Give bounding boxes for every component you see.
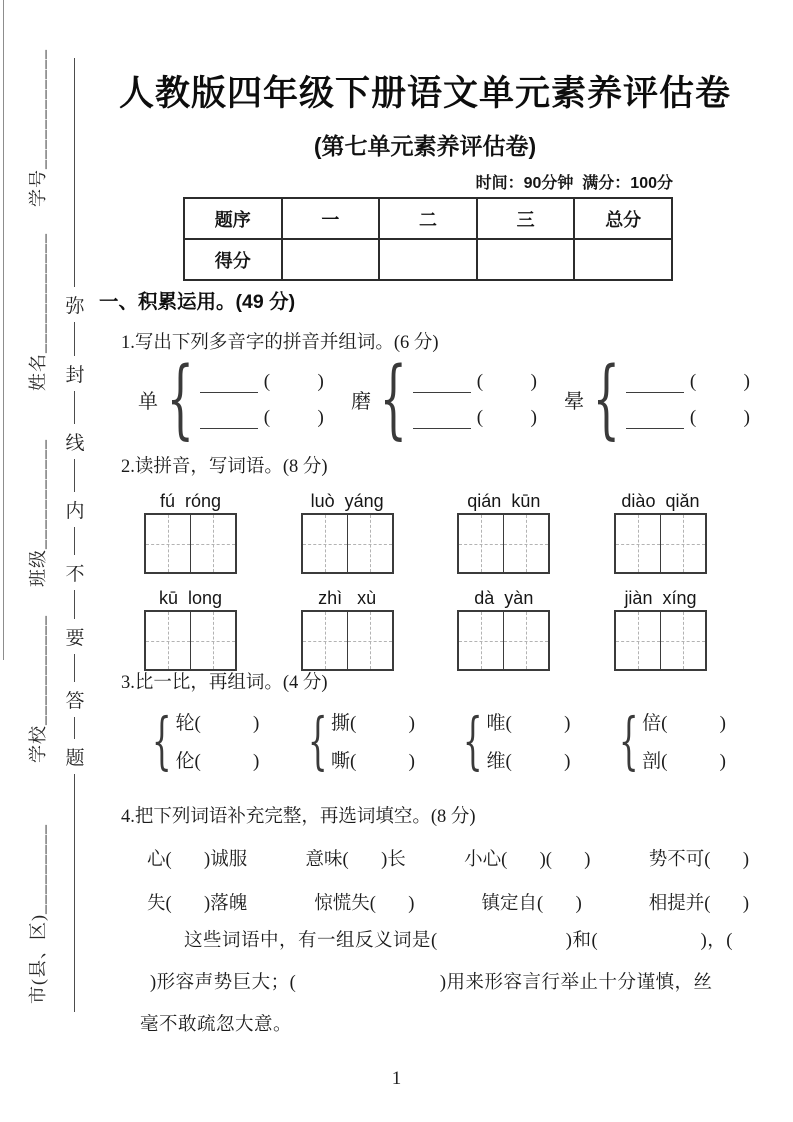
brace-glyph: { bbox=[463, 710, 483, 772]
idiom-blank: 小心( )( ) bbox=[464, 845, 590, 871]
idiom-blank: 相提并( ) bbox=[649, 889, 749, 915]
pinyin-blank-line bbox=[413, 406, 471, 429]
writing-cell bbox=[146, 515, 190, 572]
word-blank-parens: ( ) bbox=[477, 371, 537, 393]
writing-cell bbox=[459, 612, 503, 669]
q2-text: 2.读拼音，写词语。(8 分) bbox=[121, 452, 328, 478]
pinyin-label: dà yàn bbox=[474, 587, 533, 609]
idiom-blank: 心( )诚服 bbox=[147, 845, 247, 871]
compare-word: 伦( ) bbox=[175, 746, 259, 773]
answer-line: ( ) bbox=[626, 406, 750, 429]
pinyin-blank-line bbox=[413, 370, 471, 393]
writing-cell bbox=[660, 515, 705, 572]
pinyin-label: qián kūn bbox=[467, 490, 540, 512]
pinyin-blank-line bbox=[626, 406, 684, 429]
word-blank-parens: ( ) bbox=[477, 407, 537, 429]
brace-glyph: { bbox=[619, 710, 639, 772]
writing-grid bbox=[457, 610, 550, 671]
q1-polyphone-row: 单 { ( ) ( ) 磨 { ( ) ( ) 晕 { ( bbox=[138, 356, 750, 442]
writing-cell bbox=[347, 515, 392, 572]
seal-char: 内 bbox=[62, 492, 88, 527]
seal-label-name: 姓名____________ bbox=[25, 241, 51, 391]
q3-compare-row: { 轮( ) 伦( ) { 撕( ) 嘶( ) { 唯( ) 维( bbox=[146, 708, 726, 773]
score-table-header-row: 题序 一 二 三 总分 bbox=[184, 198, 672, 239]
writing-cell bbox=[616, 612, 660, 669]
idiom-blank: 势不可( ) bbox=[649, 845, 749, 871]
polyphone-answers: ( ) ( ) bbox=[626, 370, 750, 429]
exam-page: 学号____________ 姓名____________ 班级________… bbox=[0, 0, 793, 1122]
polyphone-item: 单 { ( ) ( ) bbox=[138, 356, 324, 442]
answer-line: ( ) bbox=[413, 370, 537, 393]
word-blank-parens: ( ) bbox=[690, 407, 750, 429]
writing-cell bbox=[303, 612, 347, 669]
pinyin-blank-line bbox=[200, 370, 258, 393]
compare-word: 嘶( ) bbox=[331, 746, 415, 773]
q4-fill-paragraph-line3: 毫不敢疏忽大意。 bbox=[140, 1010, 292, 1036]
q4-fill-paragraph-line1: 这些词语中，有一组反义词是( )和( )，( bbox=[184, 926, 733, 952]
writing-grid bbox=[457, 513, 550, 574]
brace-glyph: { bbox=[167, 356, 194, 442]
seal-char: 不 bbox=[62, 555, 88, 590]
word-grid-block: zhì xù bbox=[301, 587, 394, 671]
writing-cell bbox=[503, 515, 548, 572]
seal-label-student-id: 学号____________ bbox=[25, 57, 51, 207]
word-grid-block: diào qiǎn bbox=[614, 490, 707, 574]
pinyin-label: diào qiǎn bbox=[621, 490, 699, 512]
compare-word: 维( ) bbox=[487, 746, 571, 773]
pinyin-label: zhì xù bbox=[318, 587, 376, 609]
score-cell-empty bbox=[574, 239, 672, 280]
seal-char: 题 bbox=[62, 739, 88, 774]
compare-word: 倍( ) bbox=[642, 708, 726, 735]
compare-word: 唯( ) bbox=[487, 708, 571, 735]
writing-grid bbox=[144, 610, 237, 671]
page-edge-line bbox=[3, 0, 4, 660]
compare-pair-words: 轮( ) 伦( ) bbox=[175, 708, 259, 773]
writing-cell bbox=[660, 612, 705, 669]
answer-line: ( ) bbox=[200, 370, 324, 393]
pinyin-label: kū long bbox=[159, 587, 222, 609]
score-cell-empty bbox=[379, 239, 477, 280]
writing-cell bbox=[146, 612, 190, 669]
compare-word: 轮( ) bbox=[175, 708, 259, 735]
q2-grid-row-1: fú róng luò yáng qián kūn diào qiǎn bbox=[144, 490, 707, 574]
pinyin-label: fú róng bbox=[160, 490, 221, 512]
word-grid-block: luò yáng bbox=[301, 490, 394, 574]
pinyin-label: jiàn xíng bbox=[624, 587, 696, 609]
brace-glyph: { bbox=[380, 356, 407, 442]
pinyin-label: luò yáng bbox=[311, 490, 384, 512]
compare-pair: { 撕( ) 嘶( ) bbox=[302, 708, 415, 773]
score-cell-empty bbox=[477, 239, 575, 280]
seal-char: 封 bbox=[62, 356, 88, 391]
brace-glyph: { bbox=[152, 710, 172, 772]
seal-char: 线 bbox=[62, 424, 88, 459]
score-table-header-cell: 三 bbox=[477, 198, 575, 239]
writing-grid bbox=[301, 610, 394, 671]
seal-label-class: 班级___________ bbox=[25, 447, 51, 587]
word-grid-block: dà yàn bbox=[457, 587, 550, 671]
writing-cell bbox=[616, 515, 660, 572]
word-blank-parens: ( ) bbox=[264, 371, 324, 393]
seal-char: 要 bbox=[62, 619, 88, 654]
word-grid-block: qián kūn bbox=[457, 490, 550, 574]
polyphone-answers: ( ) ( ) bbox=[200, 370, 324, 429]
writing-grid bbox=[614, 513, 707, 574]
compare-word: 撕( ) bbox=[331, 708, 415, 735]
compare-pair-words: 唯( ) 维( ) bbox=[487, 708, 571, 773]
score-table-header-cell: 一 bbox=[282, 198, 380, 239]
score-cell-empty bbox=[282, 239, 380, 280]
brace-glyph: { bbox=[307, 710, 327, 772]
q3-text: 3.比一比，再组词。(4 分) bbox=[121, 668, 328, 694]
score-table-header-cell: 二 bbox=[379, 198, 477, 239]
idiom-blank: 意味( )长 bbox=[306, 845, 406, 871]
word-grid-block: fú róng bbox=[144, 490, 237, 574]
polyphone-char: 单 bbox=[138, 385, 158, 414]
polyphone-answers: ( ) ( ) bbox=[413, 370, 537, 429]
section1-heading: 一、积累运用。(49 分) bbox=[99, 286, 295, 314]
writing-cell bbox=[503, 612, 548, 669]
idiom-blank: 失( )落魄 bbox=[147, 889, 247, 915]
seal-char: 答 bbox=[62, 682, 88, 717]
compare-pair: { 轮( ) 伦( ) bbox=[146, 708, 259, 773]
score-row-label: 得分 bbox=[184, 239, 282, 280]
compare-pair: { 倍( ) 剖( ) bbox=[613, 708, 726, 773]
polyphone-char: 晕 bbox=[564, 385, 584, 414]
writing-grid bbox=[301, 513, 394, 574]
compare-pair: { 唯( ) 维( ) bbox=[457, 708, 570, 773]
pinyin-blank-line bbox=[626, 370, 684, 393]
q2-grid-row-2: kū long zhì xù dà yàn jiàn xíng bbox=[144, 587, 707, 671]
seal-label-district: 市(县、区)_________ bbox=[25, 828, 51, 1004]
score-table-header-cell: 题序 bbox=[184, 198, 282, 239]
idiom-blank: 惊慌失( ) bbox=[314, 889, 414, 915]
seal-line bbox=[74, 58, 75, 1012]
score-table: 题序 一 二 三 总分 得分 bbox=[183, 197, 673, 281]
writing-cell bbox=[190, 612, 235, 669]
word-blank-parens: ( ) bbox=[264, 407, 324, 429]
polyphone-item: 磨 { ( ) ( ) bbox=[351, 356, 537, 442]
writing-cell bbox=[347, 612, 392, 669]
compare-pair-words: 倍( ) 剖( ) bbox=[642, 708, 726, 773]
seal-label-school: 学校___________ bbox=[25, 629, 51, 763]
word-blank-parens: ( ) bbox=[690, 371, 750, 393]
word-grid-block: jiàn xíng bbox=[614, 587, 707, 671]
answer-line: ( ) bbox=[200, 406, 324, 429]
pinyin-blank-line bbox=[200, 406, 258, 429]
compare-word: 剖( ) bbox=[642, 746, 726, 773]
page-subtitle: (第七单元素养评估卷) bbox=[95, 128, 755, 161]
q4-idiom-row-2: 失( )落魄 惊慌失( ) 镇定自( ) 相提并( ) bbox=[147, 889, 749, 915]
q4-idiom-row-1: 心( )诚服 意味( )长 小心( )( ) 势不可( ) bbox=[147, 845, 749, 871]
score-table-score-row: 得分 bbox=[184, 239, 672, 280]
polyphone-char: 磨 bbox=[351, 385, 371, 414]
writing-cell bbox=[459, 515, 503, 572]
polyphone-item: 晕 { ( ) ( ) bbox=[564, 356, 750, 442]
writing-grid bbox=[144, 513, 237, 574]
q4-fill-paragraph-line2: )形容声势巨大；( )用来形容言行举止十分谨慎，丝 bbox=[150, 968, 712, 994]
idiom-blank: 镇定自( ) bbox=[482, 889, 582, 915]
brace-glyph: { bbox=[593, 356, 620, 442]
writing-grid bbox=[614, 610, 707, 671]
answer-line: ( ) bbox=[626, 370, 750, 393]
writing-cell bbox=[190, 515, 235, 572]
word-grid-block: kū long bbox=[144, 587, 237, 671]
score-table-header-cell: 总分 bbox=[574, 198, 672, 239]
seal-char: 弥 bbox=[62, 287, 88, 322]
page-title: 人教版四年级下册语文单元素养评估卷 bbox=[95, 66, 755, 116]
answer-line: ( ) bbox=[413, 406, 537, 429]
writing-cell bbox=[303, 515, 347, 572]
exam-info: 时间：90分钟 满分：100分 bbox=[183, 170, 673, 193]
q4-text: 4.把下列词语补充完整，再选词填空。(8 分) bbox=[121, 802, 476, 828]
compare-pair-words: 撕( ) 嘶( ) bbox=[331, 708, 415, 773]
page-number: 1 bbox=[0, 1068, 793, 1090]
